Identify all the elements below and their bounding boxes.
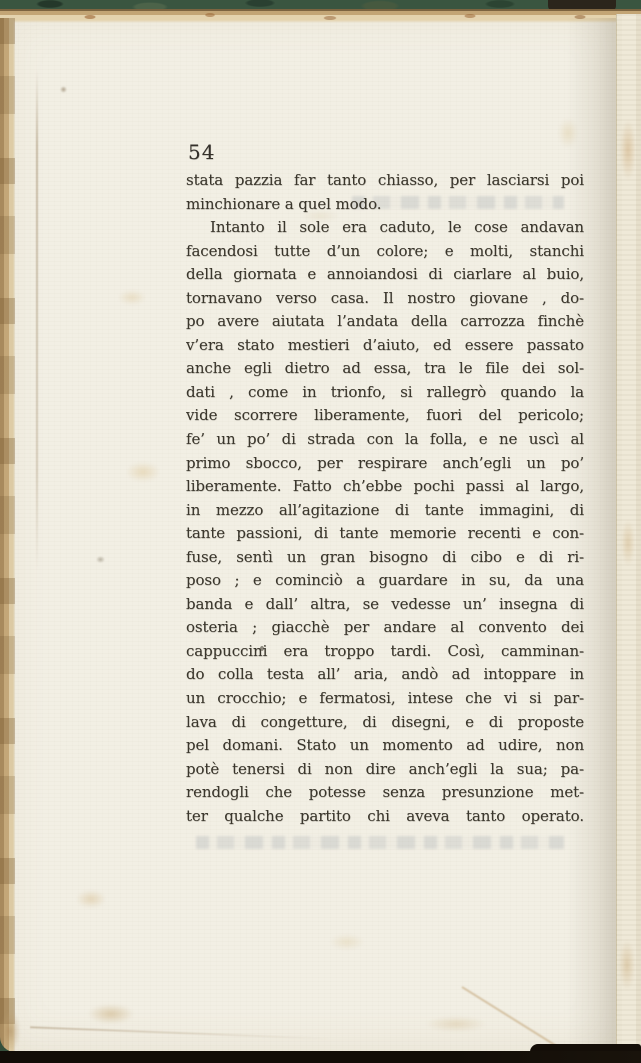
stain <box>88 1004 134 1024</box>
bleedthrough-ghost <box>196 836 564 849</box>
text-line: primo sbocco, per respirare anch’egli un… <box>186 452 584 476</box>
bottom-shadow <box>0 1051 641 1063</box>
stain <box>620 120 636 180</box>
text-line: do colla testa all’ aria, andò ad intopp… <box>186 663 584 687</box>
text-line: v’era stato mestieri d’aiuto, ed essere … <box>186 334 584 358</box>
stain <box>126 462 160 482</box>
page-corner-wear <box>0 1000 34 1052</box>
stain <box>96 556 105 563</box>
stain <box>426 1016 486 1032</box>
text-line: fe’ un po’ di strada con la folla, e ne … <box>186 428 584 452</box>
text-line: facendosi tutte d’un colore; e molti, st… <box>186 240 584 264</box>
text-line: pel domani. Stato un momento ad udire, n… <box>186 734 584 758</box>
text-line: liberamente. Fatto ch’ebbe pochi passi a… <box>186 475 584 499</box>
text-block: stata pazzia far tanto chiasso, per lasc… <box>186 169 584 828</box>
text-line: Intanto il sole era caduto, le cose anda… <box>186 216 584 240</box>
text-line: osteria ; giacchè per andare al convento… <box>186 616 584 640</box>
text-line: poso ; e cominciò a guardare in su, da u… <box>186 569 584 593</box>
text-line: un crocchio; e fermatosi, intese che vi … <box>186 687 584 711</box>
page-number: 54 <box>188 140 215 164</box>
text-line: po avere aiutata l’andata della carrozza… <box>186 310 584 334</box>
text-line: rendogli che potesse senza presunzione m… <box>186 781 584 805</box>
text-line: potè tenersi di non dire anch’egli la su… <box>186 758 584 782</box>
text-line: fuse, sentì un gran bisogno di cibo e di… <box>186 546 584 570</box>
text-line: anche egli dietro ad essa, tra le file d… <box>186 357 584 381</box>
stain <box>330 934 364 950</box>
page-top-edge <box>0 9 641 23</box>
page-left-edge <box>0 18 15 1052</box>
stain <box>621 520 635 566</box>
text-line: minchionare a quel modo. <box>186 193 584 217</box>
text-line: vide scorrere liberamente, fuori del per… <box>186 404 584 428</box>
text-line: tante passioni, di tante memorie recenti… <box>186 522 584 546</box>
text-line: tornavano verso casa. Il nostro giovane … <box>186 287 584 311</box>
text-line: lava di congetture, di disegni, e di pro… <box>186 711 584 735</box>
stain <box>558 118 578 148</box>
page-crease <box>36 70 38 570</box>
text-line: in mezzo all’agitazione di tante immagin… <box>186 499 584 523</box>
text-line: della giornata e annoiandosi di ciarlare… <box>186 263 584 287</box>
stain <box>60 86 67 93</box>
text-line: stata pazzia far tanto chiasso, per lasc… <box>186 169 584 193</box>
text-line: banda e dall’ altra, se vedesse un’ inse… <box>186 593 584 617</box>
stain <box>76 890 106 908</box>
text-line: dati , come in trionfo, si rallegrò quan… <box>186 381 584 405</box>
stain <box>118 290 146 305</box>
text-line: cappuccini era troppo tardi. Così, cammi… <box>186 640 584 664</box>
stain <box>619 940 635 990</box>
text-line: ter qualche partito chi aveva tanto oper… <box>186 805 584 829</box>
